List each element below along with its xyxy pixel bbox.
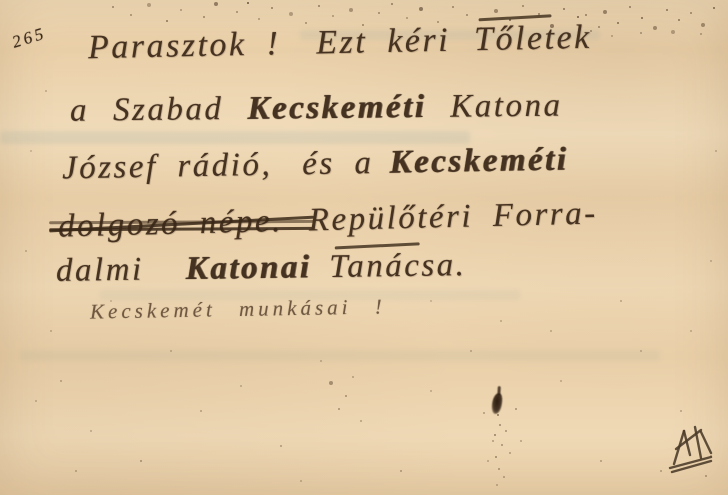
- scan-noise-speckles: [0, 0, 2, 2]
- phrase-kecskemet-munkasai: Kecskemét munkásai !: [90, 294, 386, 324]
- phrase-jozsef-radio: József rádió,: [62, 147, 273, 188]
- handwritten-line-1: Parasztok !Ezt kériTőletek: [88, 19, 592, 68]
- word-katona: Katona: [450, 88, 563, 126]
- word-tanacsa: Tanácsa.: [329, 247, 467, 286]
- phrase-ezt-keri: Ezt kéri: [316, 22, 451, 63]
- phrase-repuloteri-forra: Repülőtéri Forra-: [308, 195, 598, 239]
- word-szabad: Szabad: [113, 91, 224, 129]
- handwritten-line-2: aSzabadKecskemétiKatona: [70, 87, 587, 129]
- word-a: a: [70, 93, 89, 130]
- pencil-monogram-mark: [660, 418, 716, 482]
- ink-blot-mark: [491, 392, 503, 414]
- word-dalmi: dalmi: [56, 252, 144, 290]
- word-kecskemeti: Kecskeméti: [389, 142, 569, 182]
- archive-number: 265: [10, 23, 49, 52]
- handwritten-line-4: dolgozó népe.Repülőtéri Forra-: [58, 195, 598, 245]
- handwritten-line-3: József rádió,és aKecskeméti: [62, 142, 569, 188]
- struck-phrase-dolgozo-nepe: dolgozó népe.: [58, 203, 284, 245]
- word-toletek: Tőletek: [474, 19, 592, 59]
- bleed-through-band: [0, 131, 470, 144]
- scanned-document-page: 265 Parasztok !Ezt kériTőletek aSzabadKe…: [0, 0, 728, 495]
- handwritten-line-5: dalmiKatonaiTanácsa.: [56, 247, 467, 290]
- word-parasztok: Parasztok !: [88, 25, 281, 67]
- phrase-es-a: és a: [302, 145, 374, 183]
- handwritten-line-6: Kecskemét munkásai !: [90, 294, 386, 324]
- word-kecskemeti: Kecskeméti: [247, 89, 426, 128]
- bleed-through-band: [20, 350, 660, 361]
- word-katonai: Katonai: [185, 249, 311, 288]
